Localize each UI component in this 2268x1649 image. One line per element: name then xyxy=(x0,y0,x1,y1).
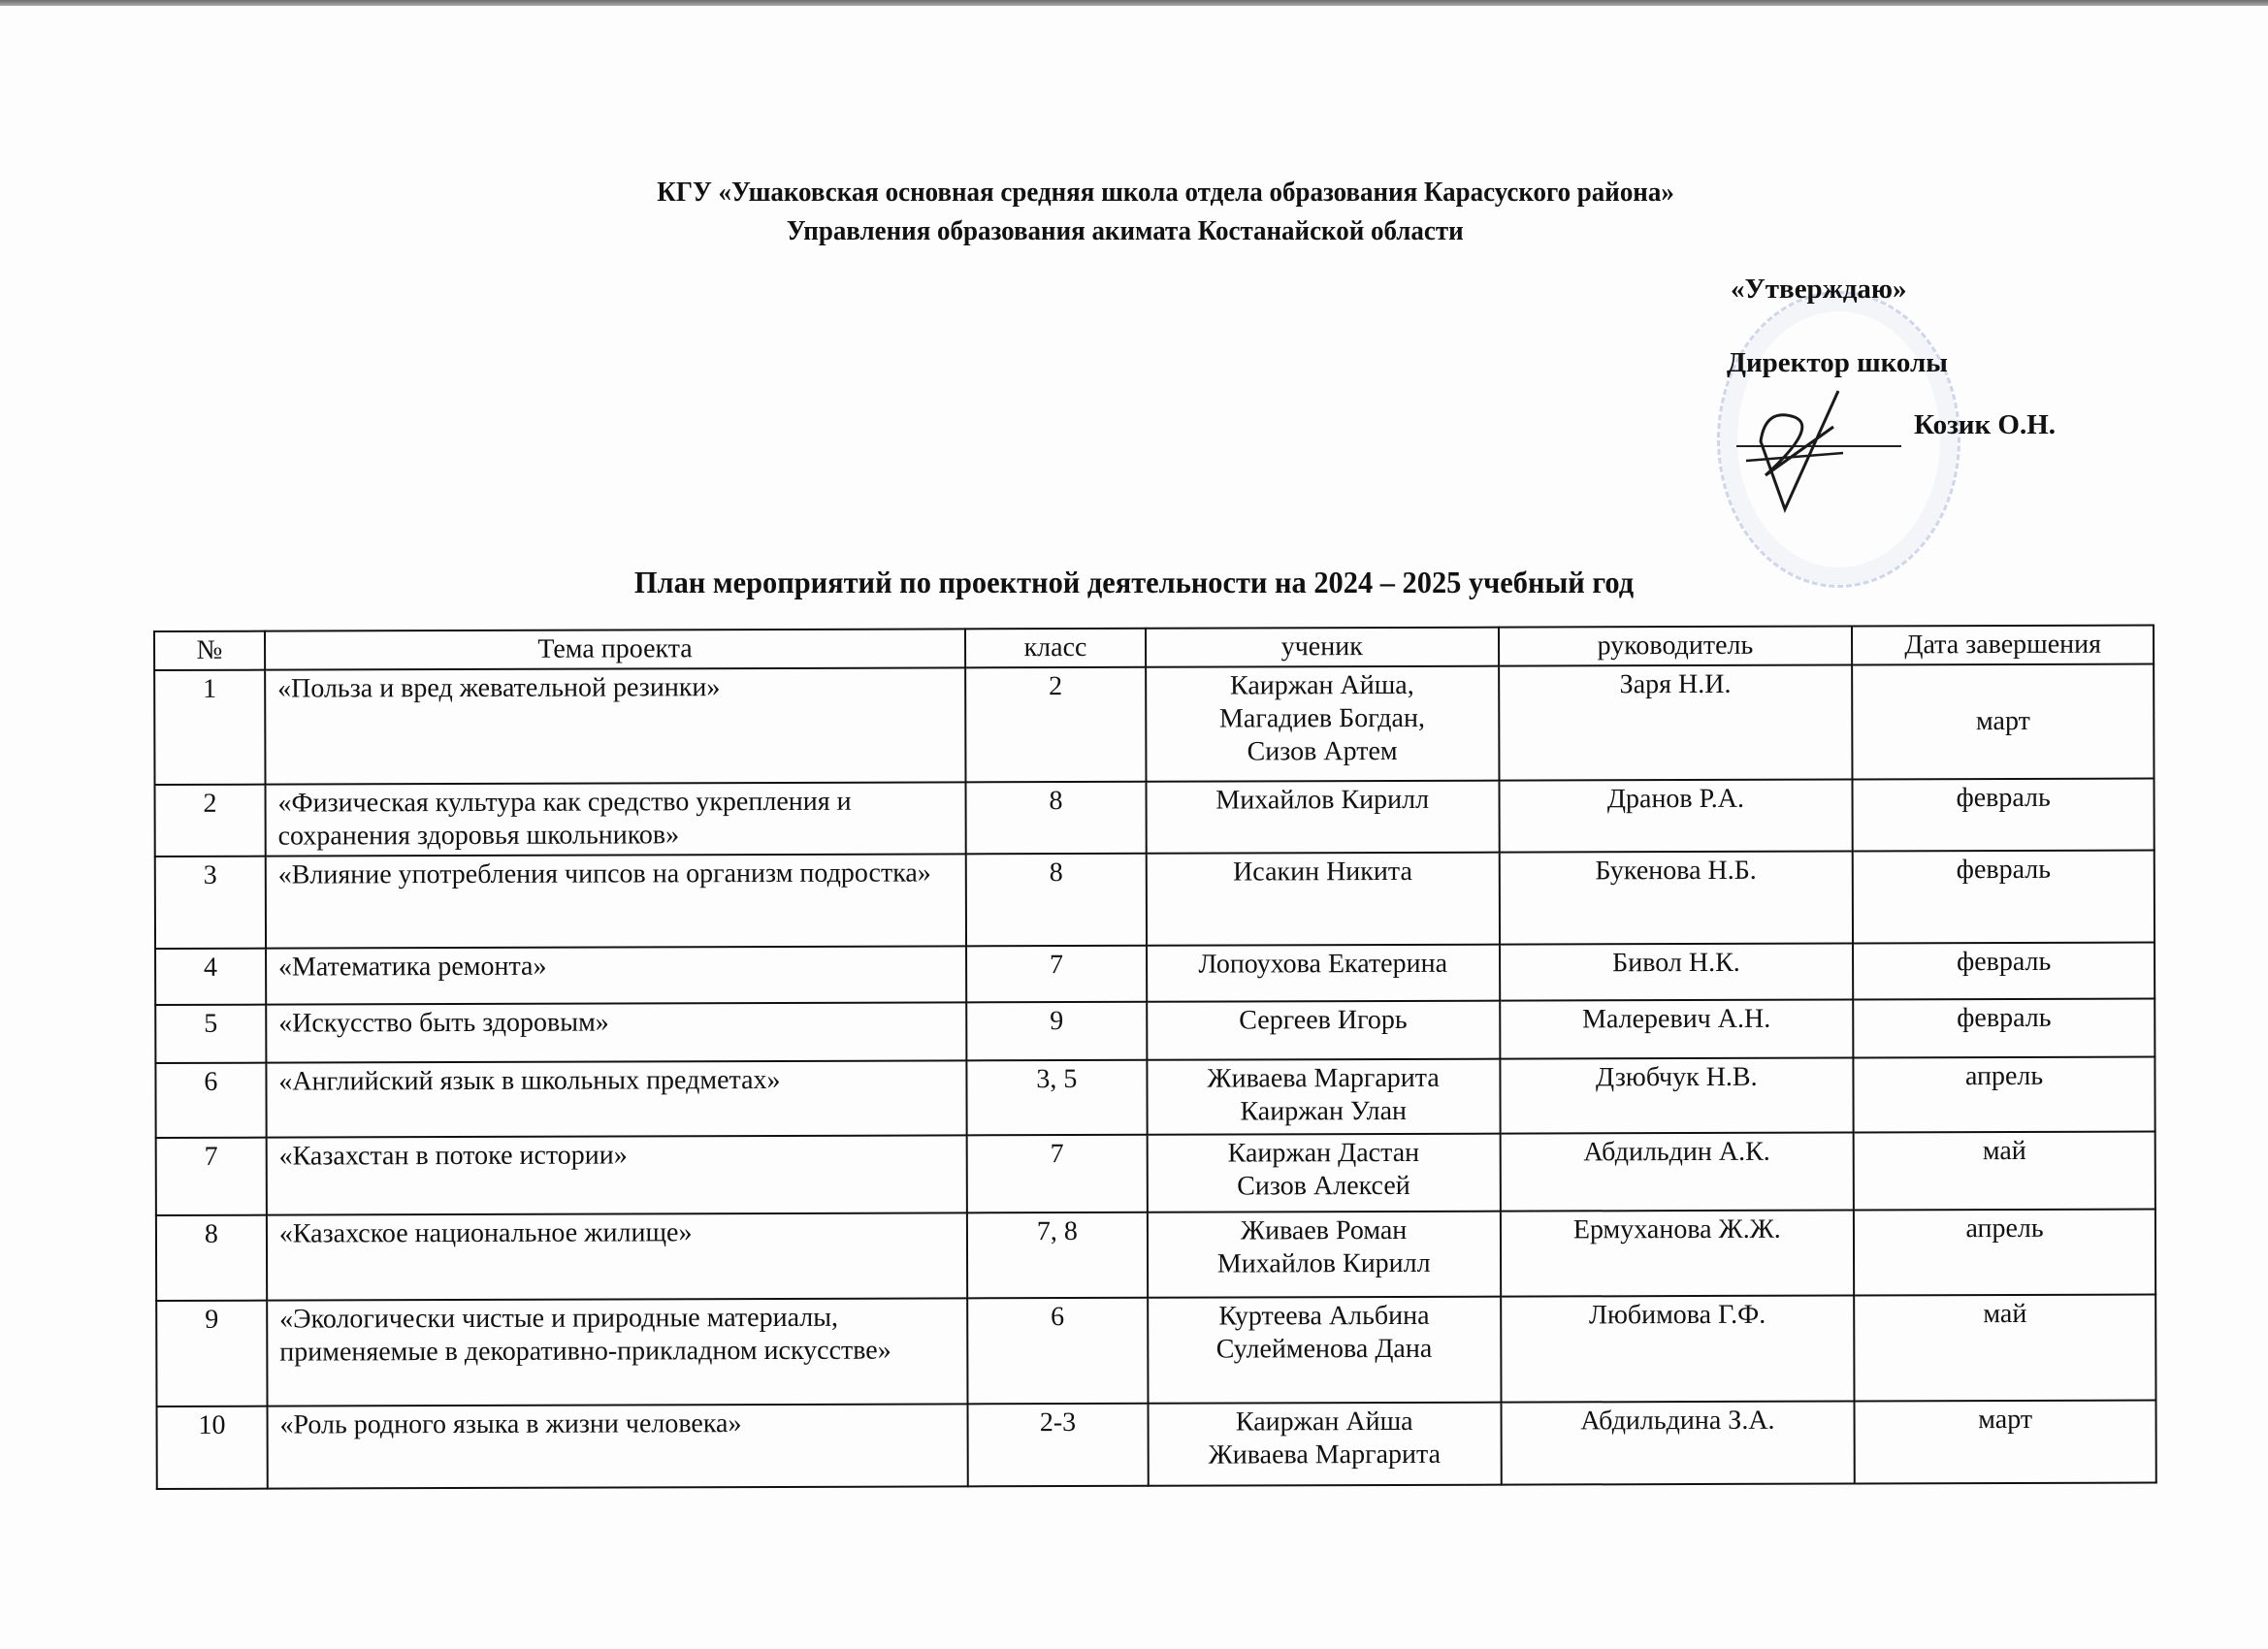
signature-icon xyxy=(1727,383,1853,514)
row-number: 8 xyxy=(156,1215,267,1301)
table-row: 8«Казахское национальное жилище»7, 8Жива… xyxy=(156,1210,2155,1301)
table-row: 7«Казахстан в потоке истории»7Каиржан Да… xyxy=(156,1132,2155,1215)
students: Лопоухова Екатерина xyxy=(1147,945,1500,1002)
student-name: Исакин Никита xyxy=(1159,856,1487,889)
student-name: Каиржан Улан xyxy=(1159,1095,1487,1129)
grade: 2-3 xyxy=(968,1404,1149,1487)
project-topic: «Польза и вред жевательной резинки» xyxy=(265,667,965,784)
project-topic: «Влияние употребления чипсов на организм… xyxy=(266,854,966,948)
table-row: 1«Польза и вред жевательной резинки»2Каи… xyxy=(154,664,2154,785)
completion-date: апрель xyxy=(1854,1057,2155,1133)
student-name: Сергеев Игорь xyxy=(1159,1004,1487,1038)
grade: 7 xyxy=(966,946,1147,1003)
student-name: Каиржан Дастан xyxy=(1159,1137,1487,1171)
organization-authority: Управления образования акимата Костанайс… xyxy=(61,211,2188,250)
row-number: 10 xyxy=(157,1406,268,1489)
row-number: 5 xyxy=(155,1005,266,1063)
column-header-student: ученик xyxy=(1146,628,1499,667)
row-number: 4 xyxy=(155,949,266,1005)
supervisor: Малеревич А.Н. xyxy=(1500,999,1854,1058)
organization-header: КГУ «Ушаковская основная средняя школа о… xyxy=(80,173,2188,250)
row-number: 6 xyxy=(155,1063,266,1138)
students: Каиржан ДастанСизов Алексей xyxy=(1147,1134,1500,1212)
project-topic: «Физическая культура как средство укрепл… xyxy=(265,782,965,856)
supervisor: Абдильдина З.А. xyxy=(1501,1401,1855,1484)
project-topic: «Казахское национальное жилище» xyxy=(267,1212,967,1300)
completion-date: февраль xyxy=(1853,779,2155,852)
project-topic: «Экологически чистые и природные материа… xyxy=(267,1298,967,1406)
grade: 8 xyxy=(965,782,1146,855)
supervisor: Дранов Р.А. xyxy=(1499,779,1853,852)
project-topic: «Английский язык в школьных предметах» xyxy=(266,1060,966,1137)
supervisor: Абдильдин А.К. xyxy=(1500,1132,1854,1211)
approver-name: Козик О.Н. xyxy=(1914,409,2056,441)
completion-date: февраль xyxy=(1853,851,2155,944)
student-name: Живаев Роман xyxy=(1160,1214,1488,1248)
completion-date: март xyxy=(1852,664,2154,780)
student-name: Сизов Артем xyxy=(1158,735,1486,769)
supervisor: Дзюбчук Н.В. xyxy=(1500,1057,1854,1133)
student-name: Лопоухова Екатерина xyxy=(1159,948,1487,982)
completion-date: май xyxy=(1854,1132,2155,1211)
project-topic: «Роль родного языка в жизни человека» xyxy=(267,1404,967,1488)
table-row: 4«Математика ремонта»7Лопоухова Екатерин… xyxy=(155,943,2155,1005)
project-plan-table: № Тема проекта класс ученик руководитель… xyxy=(153,625,2157,1490)
completion-date: май xyxy=(1854,1295,2155,1402)
project-topic: «Искусство быть здоровым» xyxy=(266,1002,966,1062)
student-name: Куртеева Альбина xyxy=(1160,1300,1488,1334)
completion-date: апрель xyxy=(1854,1210,2155,1296)
grade: 9 xyxy=(966,1002,1147,1061)
column-header-grade: класс xyxy=(965,629,1146,668)
table-header-row: № Тема проекта класс ученик руководитель… xyxy=(154,626,2154,670)
scan-edge-artifact xyxy=(0,0,2268,6)
student-name: Каиржан Айша, xyxy=(1158,669,1486,703)
column-header-supervisor: руководитель xyxy=(1499,626,1853,665)
document-title: План мероприятий по проектной деятельнос… xyxy=(56,565,2211,600)
grade: 3, 5 xyxy=(966,1060,1147,1136)
table-row: 6«Английский язык в школьных предметах»3… xyxy=(155,1057,2155,1138)
grade: 7, 8 xyxy=(967,1212,1148,1299)
grade: 6 xyxy=(967,1298,1148,1405)
students: Исакин Никита xyxy=(1147,853,1500,946)
students: Сергеев Игорь xyxy=(1147,1001,1500,1060)
row-number: 7 xyxy=(156,1138,267,1215)
supervisor: Бивол Н.К. xyxy=(1500,943,1854,1000)
grade: 8 xyxy=(966,854,1147,947)
supervisor: Букенова Н.Б. xyxy=(1499,851,1853,944)
student-name: Михайлов Кирилл xyxy=(1160,1247,1488,1281)
students: Каиржан Айша,Магадиев Богдан,Сизов Артем xyxy=(1146,666,1499,782)
table-row: 10«Роль родного языка в жизни человека»2… xyxy=(157,1401,2156,1489)
column-header-topic: Тема проекта xyxy=(265,629,965,669)
student-name: Живаева Маргарита xyxy=(1159,1062,1487,1096)
table-row: 9«Экологически чистые и природные матери… xyxy=(156,1295,2155,1406)
project-topic: «Математика ремонта» xyxy=(266,946,966,1004)
students: Живаева МаргаритаКаиржан Улан xyxy=(1147,1059,1500,1135)
column-header-number: № xyxy=(154,631,265,670)
grade: 2 xyxy=(965,667,1146,783)
row-number: 2 xyxy=(154,785,265,857)
approver-position: Директор школы xyxy=(1727,347,1948,379)
table-row: 5«Искусство быть здоровым»9Сергеев Игорь… xyxy=(155,999,2155,1063)
students: Куртеева АльбинаСулейменова Дана xyxy=(1148,1297,1501,1404)
table-row: 3«Влияние употребления чипсов на организ… xyxy=(155,851,2155,949)
grade: 7 xyxy=(967,1135,1148,1213)
students: Михайлов Кирилл xyxy=(1146,781,1499,854)
completion-date: март xyxy=(1855,1401,2156,1484)
students: Живаев РоманМихайлов Кирилл xyxy=(1148,1212,1501,1298)
student-name: Сизов Алексей xyxy=(1160,1170,1488,1204)
completion-date: февраль xyxy=(1853,943,2155,1000)
approval-label: «Утверждаю» xyxy=(1731,274,1907,306)
column-header-completion-date: Дата завершения xyxy=(1852,626,2154,665)
organization-name: КГУ «Ушаковская основная средняя школа о… xyxy=(80,173,2188,211)
students: Каиржан АйшаЖиваева Маргарита xyxy=(1148,1403,1501,1486)
project-topic: «Казахстан в потоке истории» xyxy=(267,1135,967,1214)
row-number: 1 xyxy=(154,670,265,785)
completion-date: февраль xyxy=(1853,999,2155,1058)
table-row: 2«Физическая культура как средство укреп… xyxy=(154,779,2154,857)
student-name: Живаева Маргарита xyxy=(1160,1439,1488,1472)
supervisor: Заря Н.И. xyxy=(1499,664,1853,780)
student-name: Каиржан Айша xyxy=(1160,1406,1488,1439)
supervisor: Любимова Г.Ф. xyxy=(1501,1295,1855,1402)
supervisor: Ермуханова Ж.Ж. xyxy=(1500,1210,1854,1296)
row-number: 3 xyxy=(155,857,266,949)
student-name: Сулейменова Дана xyxy=(1160,1333,1488,1367)
student-name: Михайлов Кирилл xyxy=(1158,784,1486,818)
student-name: Магадиев Богдан, xyxy=(1158,702,1486,736)
row-number: 9 xyxy=(156,1301,267,1406)
